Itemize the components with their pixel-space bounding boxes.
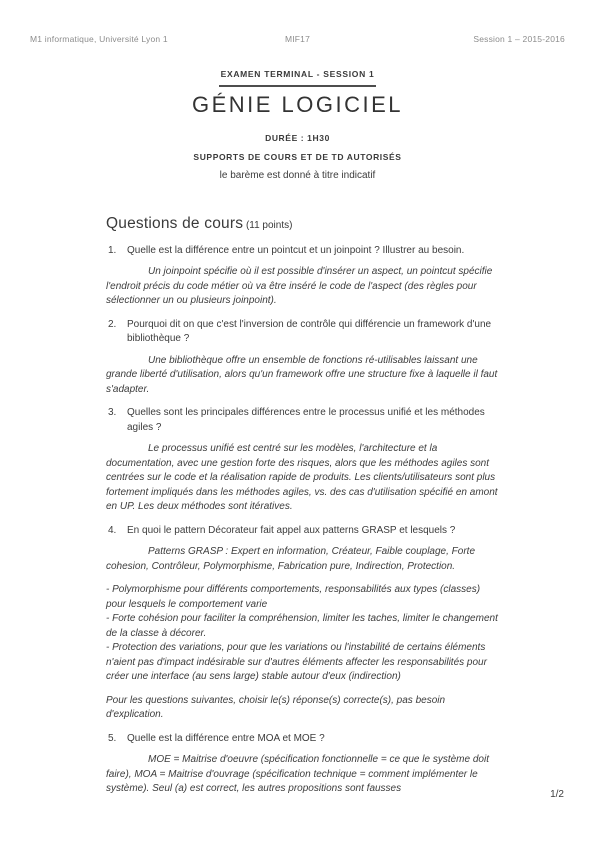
document-title: GÉNIE LOGICIEL (0, 92, 595, 118)
question-1-number: 1. (108, 244, 116, 259)
document-body: Questions de cours (11 points) 1. Quelle… (106, 217, 500, 797)
header-course: M1 informatique, Université Lyon 1 (30, 34, 208, 44)
answer-2: Une bibliothèque offre un ensemble de fo… (106, 354, 500, 398)
question-3-text: Quelles sont les principales différences… (127, 407, 485, 433)
grading-note: le barème est donné à titre indicatif (0, 170, 595, 181)
question-1-text: Quelle est la différence entre un pointc… (127, 245, 464, 256)
question-4-text: En quoi le pattern Décorateur fait appel… (127, 525, 455, 536)
mcq-instruction: Pour les questions suivantes, choisir le… (106, 694, 500, 723)
answer-3: Le processus unifié est centré sur les m… (106, 442, 500, 515)
section-title: Questions de cours (106, 215, 243, 232)
document-page: M1 informatique, Université Lyon 1 MIF17… (0, 0, 595, 842)
question-1: 1. Quelle est la différence entre un poi… (106, 244, 500, 259)
exam-subtitle: EXAMEN TERMINAL - SESSION 1 (219, 69, 377, 87)
question-5-text: Quelle est la différence entre MOA et MO… (127, 733, 325, 744)
question-5: 5. Quelle est la différence entre MOA et… (106, 732, 500, 747)
answer-5: MOE = Maitrise d'oeuvre (spécification f… (106, 753, 500, 797)
question-5-number: 5. (108, 732, 116, 747)
question-4: 4. En quoi le pattern Décorateur fait ap… (106, 524, 500, 539)
question-2-number: 2. (108, 318, 116, 333)
header-session: Session 1 – 2015-2016 (387, 34, 565, 44)
header-code: MIF17 (208, 34, 386, 44)
answer-4-protection: - Protection des variations, pour que le… (106, 641, 500, 685)
allowed-materials: SUPPORTS DE COURS ET DE TD AUTORISÉS (0, 152, 595, 162)
answer-4-grasp-list: Patterns GRASP : Expert en information, … (106, 545, 500, 574)
question-2: 2. Pourquoi dit on que c'est l'inversion… (106, 318, 500, 347)
section-heading: Questions de cours (11 points) (106, 217, 500, 234)
answer-4-cohesion: - Forte cohésion pour faciliter la compr… (106, 612, 500, 641)
section-points: (11 points) (246, 220, 293, 231)
exam-duration: DURÉE : 1H30 (0, 133, 595, 143)
answer-4-polymorphisme: - Polymorphisme pour différents comporte… (106, 583, 500, 612)
answer-1: Un joinpoint spécifie où il est possible… (106, 265, 500, 309)
question-3: 3. Quelles sont les principales différen… (106, 406, 500, 435)
title-block: EXAMEN TERMINAL - SESSION 1 GÉNIE LOGICI… (0, 0, 595, 181)
question-3-number: 3. (108, 406, 116, 421)
page-header: M1 informatique, Université Lyon 1 MIF17… (30, 34, 565, 44)
question-4-number: 4. (108, 524, 116, 539)
page-number: 1/2 (550, 789, 564, 800)
question-2-text: Pourquoi dit on que c'est l'inversion de… (127, 319, 491, 345)
